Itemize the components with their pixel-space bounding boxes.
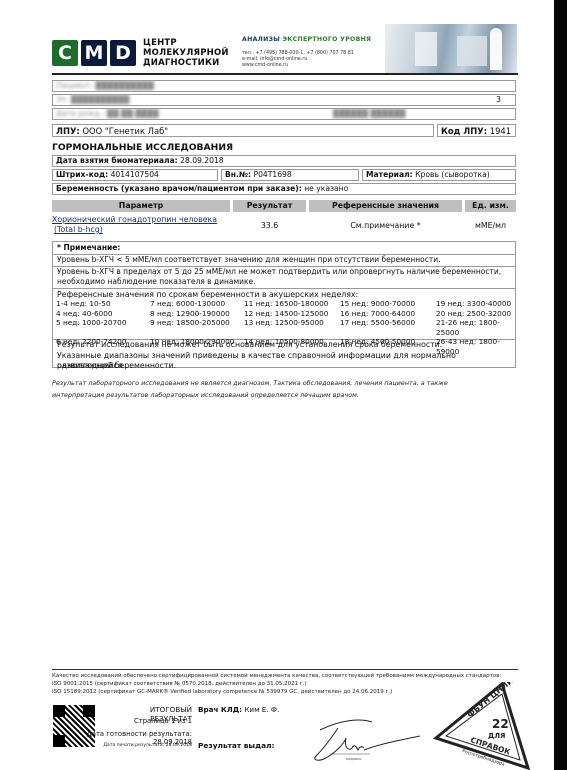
parameter-link[interactable]: Хорионический гонадотропин человека bbox=[52, 215, 232, 225]
material-field: Материал: Кровь (сыворотка) bbox=[362, 169, 516, 181]
reference-value-cell: 8 нед: 12900-190000 bbox=[150, 309, 244, 319]
column-header-parameter: Параметр bbox=[52, 200, 230, 212]
lpu-code-field: Код ЛПУ: 1941 bbox=[437, 124, 516, 137]
header-divider bbox=[52, 73, 518, 75]
note-line-1: Уровень b-ХГЧ < 5 мМЕ/мл соответствует з… bbox=[53, 255, 441, 265]
svg-text:ДЛЯ: ДЛЯ bbox=[488, 732, 505, 740]
logo-letter: D bbox=[110, 40, 136, 66]
reference-value: См.примечание * bbox=[309, 221, 462, 231]
reference-value-cell: 12 нед: 14500-125000 bbox=[244, 309, 340, 319]
reference-value-cell: 11 нед: 16500-180000 bbox=[244, 299, 340, 309]
reference-value-cell: 16 нед: 7000-64000 bbox=[340, 309, 436, 319]
svg-text:подпись: подпись bbox=[346, 757, 361, 761]
reference-value-cell: 26-43 нед: 1800-59000 bbox=[436, 337, 516, 356]
viewer-edge bbox=[554, 0, 567, 770]
reference-value-cell: 5 нед: 1000-20700 bbox=[56, 318, 150, 337]
svg-text:22: 22 bbox=[492, 717, 509, 731]
stamp-icon: ФБУН ЦНИИ 22 ДЛЯ СПРАВОК Роспотребнадзор… bbox=[430, 682, 530, 770]
doctor-field: Врач КЛД: Ким Е. Ф. bbox=[198, 705, 279, 714]
reference-value-cell: 19 нед: 3300-40000 bbox=[436, 299, 516, 309]
reference-values-grid: 1-4 нед: 10-507 нед: 6000-13000011 нед: … bbox=[56, 299, 516, 356]
parameter-link-code[interactable]: (Total b-hcg) bbox=[54, 225, 103, 235]
patient-name-row: Пациент: ██████████ bbox=[52, 80, 516, 92]
column-header-result: Результат bbox=[233, 200, 306, 212]
unit-value: мМЕ/мл bbox=[465, 221, 516, 231]
footer-divider bbox=[52, 669, 518, 670]
reference-value-cell: 4 нед: 40-6000 bbox=[56, 309, 150, 319]
barcode-field: Штрих-код: 4014107504 bbox=[52, 169, 218, 181]
logo-letter: M bbox=[81, 40, 107, 66]
reference-value-cell: 9 нед: 18500-205000 bbox=[150, 318, 244, 337]
reference-value-cell: 17 нед: 5500-56000 bbox=[340, 318, 436, 337]
column-header-reference: Референсные значения bbox=[309, 200, 462, 212]
reference-value-cell: 13 нед: 12500-95000 bbox=[244, 318, 340, 337]
contacts: тел.: +7 (495) 788-000-1, +7 (800) 707 7… bbox=[242, 51, 354, 70]
issued-by-label: Результат выдал: bbox=[198, 741, 274, 750]
patient-birthdate-row: Дата рожд.: ██.██.██████████ ██████ bbox=[52, 108, 516, 120]
cmd-logo: C M D bbox=[52, 40, 136, 66]
result-value: 33.6 bbox=[233, 221, 306, 231]
pregnancy-field: Беременность (указано врачом/пациентом п… bbox=[52, 183, 516, 195]
laboratory-photo bbox=[385, 24, 517, 74]
logo-letter: C bbox=[52, 40, 78, 66]
reference-value-cell: 14 нед: 10500-80000 bbox=[244, 337, 340, 356]
reference-value-cell: 6 нед: 2200-74200 bbox=[56, 337, 150, 356]
reference-value-cell: 1-4 нед: 10-50 bbox=[56, 299, 150, 309]
reference-value-cell: 21-26 нед: 1800-25000 bbox=[436, 318, 516, 337]
note-line-2: Уровень b-ХГЧ в пределах от 5 до 25 мМЕ/… bbox=[53, 267, 501, 277]
lpu-field: ЛПУ: ООО "Генетик Лаб" bbox=[52, 124, 434, 137]
reference-value-cell: 7 нед: 6000-130000 bbox=[150, 299, 244, 309]
sample-date-field: Дата взятия биоматериала: 28.09.2018 bbox=[52, 155, 516, 167]
print-date: Дата печати результата: 28.09.2018 bbox=[60, 743, 192, 748]
reference-value-cell: 10 нед: 18000-290000 bbox=[150, 337, 244, 356]
note-title: * Примечание: bbox=[53, 243, 120, 253]
column-header-unit: Ед. изм. bbox=[465, 200, 516, 212]
section-title: ГОРМОНАЛЬНЫЕ ИССЛЕДОВАНИЯ bbox=[52, 142, 233, 153]
website: www.cmd-online.ru bbox=[242, 63, 354, 69]
signature-icon: подпись bbox=[300, 710, 430, 765]
note-line-2b: необходимо наблюдение показателя в динам… bbox=[53, 277, 256, 287]
internal-number-field: Вн.№: P04T1698 bbox=[221, 169, 359, 181]
tagline: АНАЛИЗЫ ЭКСПЕРТНОГО УРОВНЯ bbox=[242, 36, 371, 43]
disclaimer: Результат лабораторного исследования не … bbox=[52, 377, 522, 401]
patient-row-2: Эл. ██████████3 bbox=[52, 94, 516, 106]
reference-value-cell: 18 нед: 4500-50000 bbox=[340, 337, 436, 356]
table-row-parameter[interactable]: Хорионический гонадотропин человека (Tot… bbox=[52, 215, 232, 235]
logo-text: ЦЕНТР МОЛЕКУЛЯРНОЙ ДИАГНОСТИКИ bbox=[143, 38, 229, 68]
reference-value-cell: 15 нед: 9000-70000 bbox=[340, 299, 436, 309]
reference-value-cell: 20 нед: 2500-32000 bbox=[436, 309, 516, 319]
document-page: C M D ЦЕНТР МОЛЕКУЛЯРНОЙ ДИАГНОСТИКИ АНА… bbox=[0, 0, 554, 770]
note-line-4b: одноплодной беременности. bbox=[53, 361, 176, 371]
page-number: Страница 1 из 1 bbox=[110, 717, 192, 725]
